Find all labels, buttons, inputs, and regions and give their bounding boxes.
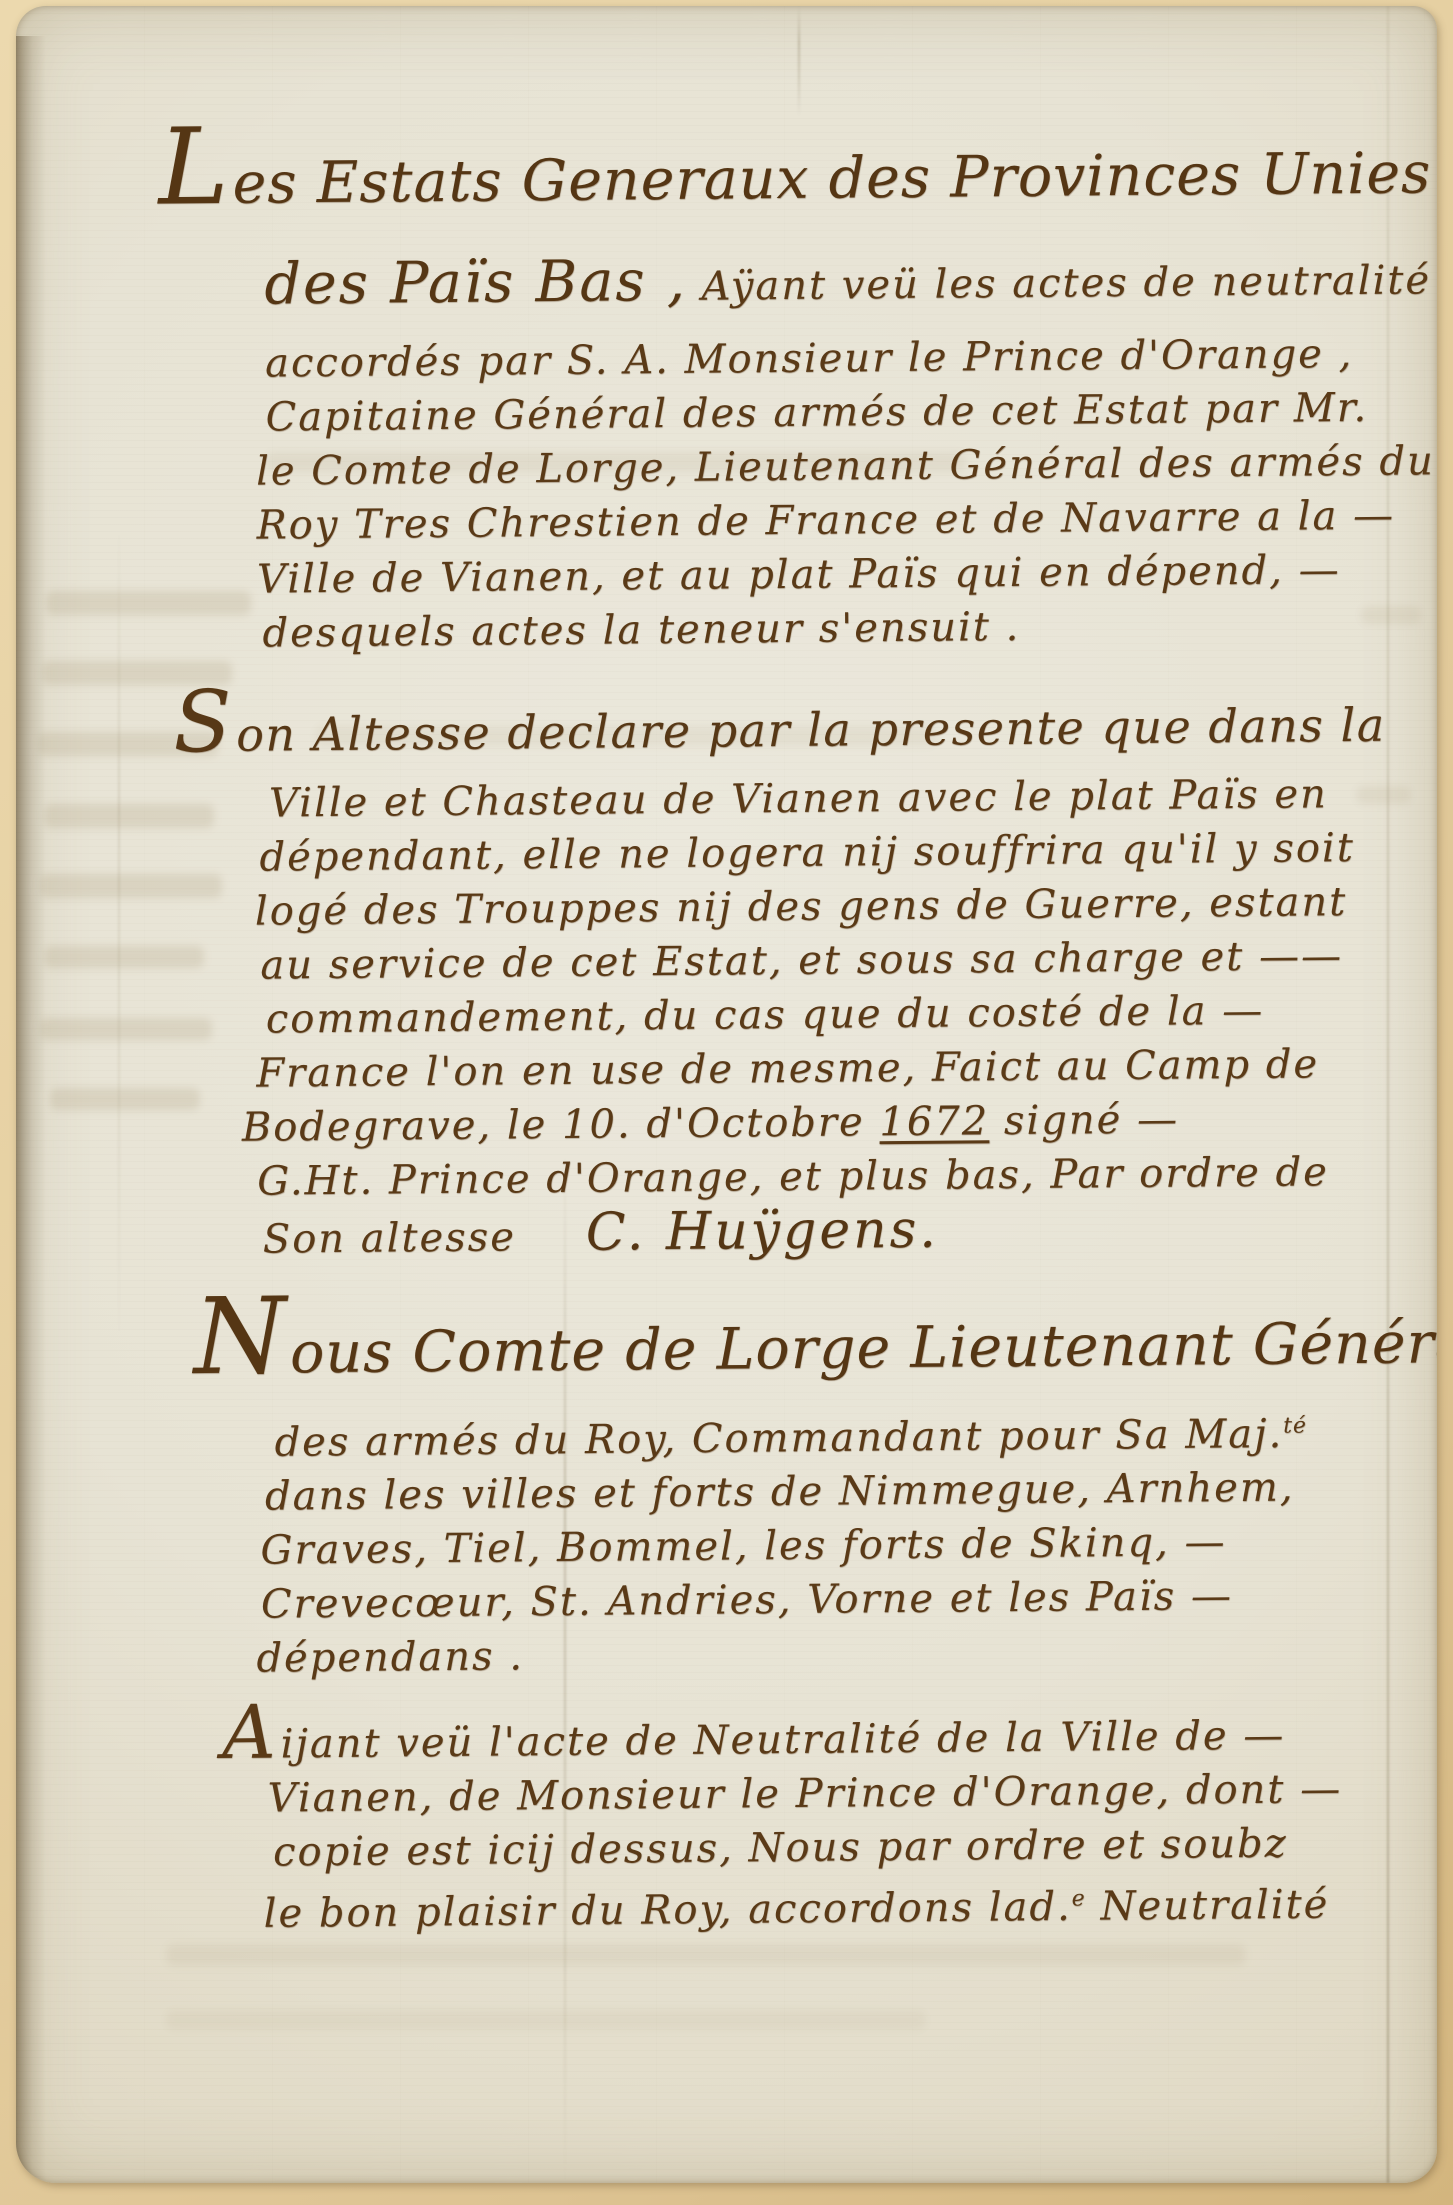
text-segment: Roy Tres Chrestien de France et de Navar…	[256, 493, 1395, 549]
manuscript-text: Les Estats Generaux des Provinces Uniesd…	[158, 119, 1414, 1942]
text-segment: dépendant, elle ne logera nij souffrira …	[259, 825, 1355, 881]
text-segment: ous Comte de Lorge Lieutenant Général	[290, 1310, 1437, 1386]
text-segment: Ville de Vianen, et au plat Païs qui en …	[257, 547, 1341, 602]
text-segment: 1672	[879, 1098, 989, 1145]
text-segment: té	[1283, 1413, 1307, 1438]
manuscript-line: des armés du Roy, Commandant pour Sa Maj…	[274, 1399, 1409, 1470]
manuscript-line: Son Altesse declare par la presente que …	[173, 683, 1404, 778]
manuscript-line: au service de cet Estat, et sous sa char…	[260, 929, 1405, 993]
text-segment: on Altesse declare par la presente que d…	[236, 698, 1386, 762]
text-segment: dans les villes et forts de Nimmegue, Ar…	[265, 1465, 1295, 1520]
manuscript-line: Les Estats Generaux des Provinces Unies	[158, 119, 1399, 240]
photo-backdrop: Les Estats Generaux des Provinces Uniesd…	[0, 0, 1453, 2205]
manuscript-line: desquels actes la teneur s'ensuit .	[262, 597, 1402, 661]
paragraph-heading-estats-generaux: Les Estats Generaux des Provinces Uniesd…	[158, 119, 1403, 662]
text-segment: signé —	[989, 1097, 1179, 1145]
manuscript-line: dans les villes et forts de Nimmegue, Ar…	[265, 1460, 1410, 1524]
text-segment: des Païs Bas ,	[264, 248, 687, 318]
manuscript-page: Les Estats Generaux des Provinces Uniesd…	[16, 6, 1437, 2183]
fold-crease-left	[118, 526, 120, 1346]
text-segment: G.Ht. Prince d'Orange, et plus bas, Par …	[257, 1149, 1329, 1204]
paragraph-declaration-son-altesse: Son Altesse declare par la presente que …	[163, 683, 1408, 1268]
text-segment: desquels actes la teneur s'ensuit .	[262, 604, 1020, 657]
manuscript-line: Ville et Chasteau de Vianen avec le plat…	[269, 767, 1404, 831]
manuscript-line: copie est icij dessus, Nous par ordre et…	[273, 1816, 1413, 1880]
manuscript-line: Roy Tres Chrestien de France et de Navar…	[256, 489, 1401, 553]
manuscript-line: dépendans .	[256, 1622, 1411, 1686]
text-segment: L	[158, 105, 230, 229]
manuscript-line: Graves, Tiel, Bommel, les forts de Skinq…	[260, 1514, 1410, 1578]
text-segment: N	[193, 1274, 287, 1398]
fold-crease-top	[798, 6, 800, 116]
text-segment: C. Huÿgens.	[586, 1200, 939, 1263]
text-segment: dépendans .	[256, 1634, 524, 1682]
text-segment: e	[1072, 1887, 1086, 1912]
text-segment: copie est icij dessus, Nous par ordre et…	[273, 1821, 1288, 1876]
text-segment: le bon plaisir du Roy, accordons lad.	[263, 1884, 1071, 1937]
manuscript-line: France l'on en use de mesme, Faict au Ca…	[256, 1037, 1406, 1101]
text-segment: Bodegrave, le 10. d'Octobre	[242, 1099, 880, 1151]
manuscript-line: Vianen, de Monsieur le Prince d'Orange, …	[267, 1762, 1412, 1826]
text-segment: France l'on en use de mesme, Faict au Ca…	[256, 1041, 1319, 1096]
text-segment: au service de cet Estat, et sous sa char…	[260, 933, 1343, 988]
text-segment: des armés du Roy, Commandant pour Sa Maj…	[274, 1411, 1283, 1466]
manuscript-line: des Païs Bas , Aÿant veü les actes de ne…	[264, 229, 1400, 337]
text-segment: es Estats Generaux des Provinces Unies	[232, 140, 1431, 216]
binding-edge-shadow	[16, 36, 46, 2183]
manuscript-line: G.Ht. Prince d'Orange, et plus bas, Par …	[257, 1145, 1407, 1209]
manuscript-line: Ville de Vianen, et au plat Païs qui en …	[257, 543, 1402, 607]
text-segment: Vianen, de Monsieur le Prince d'Orange, …	[267, 1767, 1342, 1822]
text-segment: commandement, du cas que du costé de la …	[266, 988, 1265, 1043]
manuscript-line: commandement, du cas que du costé de la …	[266, 983, 1406, 1047]
text-segment: Son altesse	[263, 1214, 516, 1262]
text-segment: Neutralité	[1086, 1882, 1330, 1930]
manuscript-line: Son altesseC. Huÿgens.	[263, 1199, 1408, 1267]
paragraph-accord-neutralite: Aijant veü l'acte de Neutralité de la Vi…	[172, 1708, 1414, 1942]
manuscript-line: Capitaine Général des armés de cet Estat…	[265, 381, 1400, 445]
text-segment: Crevecœur, St. Andries, Vorne et les Paï…	[261, 1573, 1233, 1627]
manuscript-line: le Comte de Lorge, Lieutenant Général de…	[256, 435, 1401, 499]
manuscript-line: Nous Comte de Lorge Lieutenant Général	[193, 1289, 1409, 1410]
text-segment: A	[222, 1690, 278, 1776]
text-segment: logé des Trouppes nij des gens de Guerre…	[255, 879, 1348, 935]
text-segment: Graves, Tiel, Bommel, les forts de Skinq…	[260, 1520, 1226, 1574]
manuscript-line: accordés par S. A. Monsieur le Prince d'…	[265, 327, 1400, 391]
manuscript-line: le bon plaisir du Roy, accordons lad.e N…	[263, 1870, 1413, 1941]
manuscript-line: dépendant, elle ne logera nij souffrira …	[259, 821, 1404, 885]
text-segment: Ville et Chasteau de Vianen avec le plat…	[269, 771, 1328, 826]
manuscript-line: logé des Trouppes nij des gens de Guerre…	[255, 875, 1405, 939]
text-segment: accordés par S. A. Monsieur le Prince d'…	[265, 331, 1354, 386]
text-segment: ijant veü l'acte de Neutralité de la Vil…	[280, 1713, 1285, 1768]
paragraph-nous-comte-de-lorge: Nous Comte de Lorge Lieutenant Généralde…	[168, 1289, 1411, 1687]
manuscript-line: Crevecœur, St. Andries, Vorne et les Paï…	[261, 1568, 1411, 1632]
text-segment: Capitaine Général des armés de cet Estat…	[265, 385, 1368, 441]
text-segment: le Comte de Lorge, Lieutenant Général de…	[256, 438, 1435, 494]
text-segment: S	[173, 673, 234, 773]
text-segment: Aÿant veü les actes de neutralité	[687, 257, 1432, 309]
